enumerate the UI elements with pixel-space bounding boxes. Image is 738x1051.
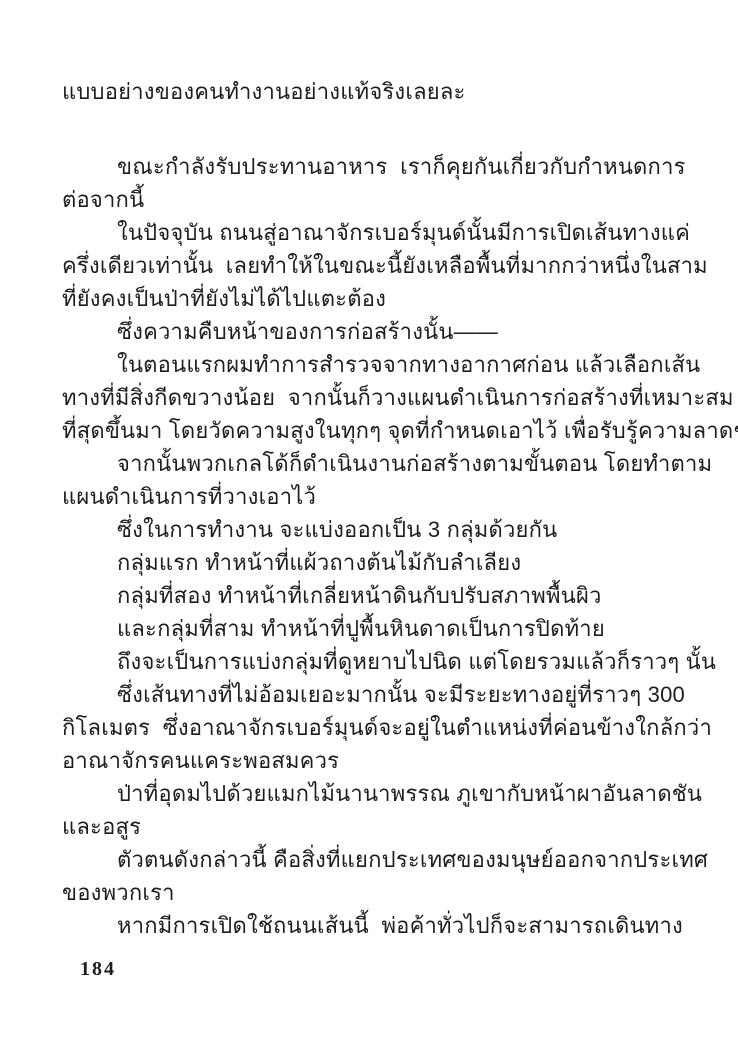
- text-line: จากนั้นพวกเกลโด้ก็ดำเนินงานก่อสร้างตามขั…: [62, 447, 662, 480]
- text-line: ถึงจะเป็นการแบ่งกลุ่มที่ดูหยาบไปนิด แต่โ…: [62, 645, 662, 678]
- text-line: ซึ่งเส้นทางที่ไม่อ้อมเยอะมากนั้น จะมีระย…: [62, 678, 662, 711]
- text-line: กิโลเมตร ซึ่งอาณาจักรเบอร์มุนด์จะอยู่ในต…: [62, 711, 662, 744]
- text-line: ในตอนแรกผมทำการสำรวจจากทางอากาศก่อน แล้ว…: [62, 348, 662, 381]
- text-line: ที่ยังคงเป็นป่าที่ยังไม่ได้ไปแตะต้อง: [62, 282, 662, 315]
- text-line: ของพวกเรา: [62, 876, 662, 909]
- text-line: แบบอย่างของคนทำงานอย่างแท้จริงเลยละ: [62, 75, 662, 108]
- text-line: ครึ่งเดียวเท่านั้น เลยทำให้ในขณะนี้ยังเห…: [62, 249, 662, 282]
- text-line: กลุ่มแรก ทำหน้าที่แผ้วถางต้นไม้กับลำเลีย…: [62, 546, 662, 579]
- text-line: ที่สุดขึ้นมา โดยวัดความสูงในทุกๆ จุดที่ก…: [62, 414, 662, 447]
- text-line: ตัวตนดังกล่าวนี้ คือสิ่งที่แยกประเทศของม…: [62, 843, 662, 876]
- text-line: กลุ่มที่สอง ทำหน้าที่เกลี่ยหน้าดินกับปรั…: [62, 579, 662, 612]
- body-text: แบบอย่างของคนทำงานอย่างแท้จริงเลยละ ขณะก…: [62, 75, 662, 981]
- text-line: และกลุ่มที่สาม ทำหน้าที่ปูพื้นหินดาดเป็น…: [62, 612, 662, 645]
- text-line: ป่าที่อุดมไปด้วยแมกไม้นานาพรรณ ภูเขากับห…: [62, 777, 662, 810]
- text-line: อาณาจักรคนแคระพอสมควร: [62, 744, 662, 777]
- text-line: หากมีการเปิดใช้ถนนเส้นนี้ พ่อค้าทั่วไปก็…: [62, 909, 662, 942]
- text-line: และอสูร: [62, 810, 662, 843]
- page-number: 184: [62, 958, 662, 981]
- book-page: แบบอย่างของคนทำงานอย่างแท้จริงเลยละ ขณะก…: [0, 0, 738, 1051]
- text-line: ซึ่งความคืบหน้าของการก่อสร้างนั้น——: [62, 315, 662, 348]
- text-line: ต่อจากนี้: [62, 183, 662, 216]
- text-line: ซึ่งในการทำงาน จะแบ่งออกเป็น 3 กลุ่มด้วย…: [62, 513, 662, 546]
- text-line: แผนดำเนินการที่วางเอาไว้: [62, 480, 662, 513]
- text-line: ในปัจจุบัน ถนนสู่อาณาจักรเบอร์มุนด์นั้นม…: [62, 216, 662, 249]
- text-line: ทางที่มีสิ่งกีดขวางน้อย จากนั้นก็วางแผนด…: [62, 381, 662, 414]
- text-line: ขณะกำลังรับประทานอาหาร เราก็คุยกันเกี่ยว…: [62, 150, 662, 183]
